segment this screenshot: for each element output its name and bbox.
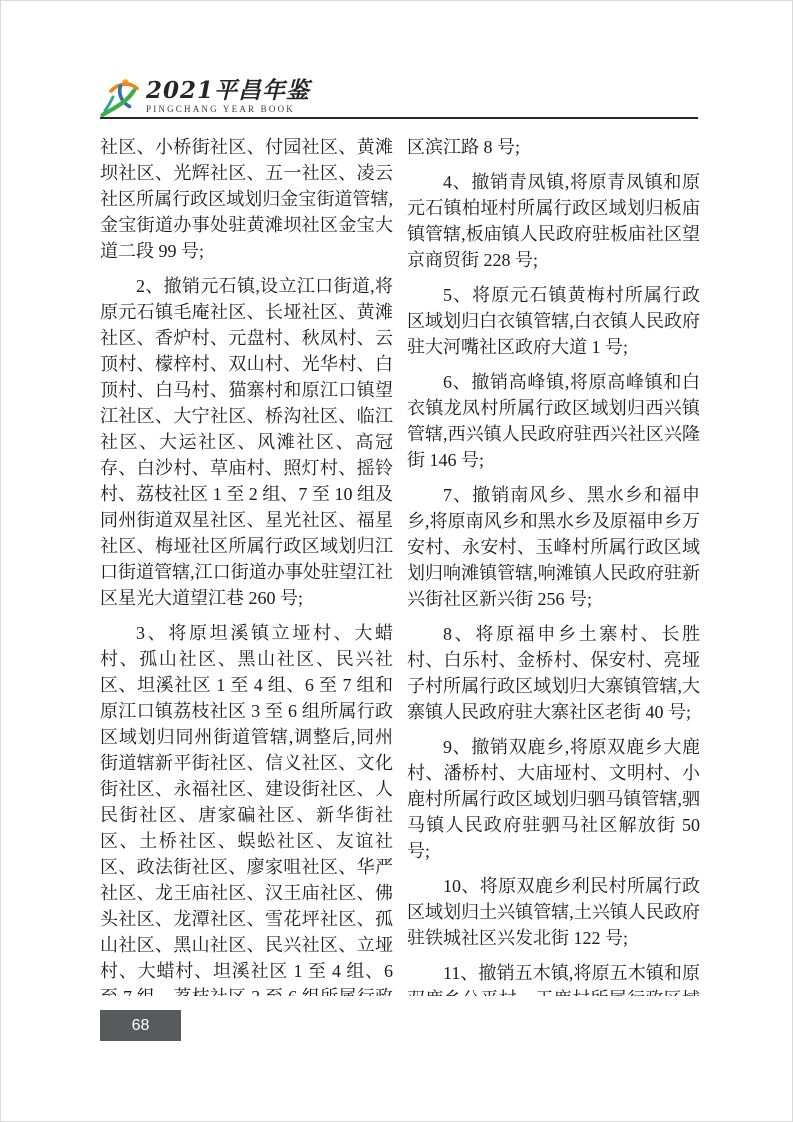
paragraph: 3、将原坦溪镇立垭村、大蜡村、孤山社区、黑山社区、民兴社区、坦溪社区 1 至 4… bbox=[100, 620, 393, 996]
paragraph: 社区、小桥街社区、付园社区、黄滩坝社区、光辉社区、五一社区、凌云社区所属行政区域… bbox=[100, 134, 393, 264]
logo-title: 2021平昌年鉴 bbox=[146, 79, 310, 102]
paragraph: 2、撤销元石镇,设立江口街道,将原元石镇毛庵社区、长垭社区、黄滩社区、香炉村、元… bbox=[100, 273, 393, 611]
paragraph: 7、撤销南风乡、黑水乡和福申乡,将原南风乡和黑水乡及原福申乡万安村、永安村、玉峰… bbox=[407, 482, 700, 612]
page-header: 2021平昌年鉴 PINGCHANG YEAR BOOK bbox=[100, 79, 700, 119]
yearbook-page: 2021平昌年鉴 PINGCHANG YEAR BOOK 社区、小桥街社区、付园… bbox=[0, 0, 793, 1122]
paragraph: 11、撤销五木镇,将原五木镇和原双鹿乡公平村、玉鹿村所属行政区域划归得 bbox=[407, 960, 700, 996]
page-number: 68 bbox=[132, 1017, 150, 1035]
paragraph: 4、撤销青凤镇,将原青凤镇和原元石镇柏垭村所属行政区域划归板庙镇管辖,板庙镇人民… bbox=[407, 169, 700, 273]
logo-text: 2021平昌年鉴 PINGCHANG YEAR BOOK bbox=[146, 79, 310, 114]
paragraph: 5、将原元石镇黄梅村所属行政区域划归白衣镇管辖,白衣镇人民政府驻大河嘴社区政府大… bbox=[407, 282, 700, 360]
paragraph: 区滨江路 8 号; bbox=[407, 134, 700, 160]
text-column-left: 社区、小桥街社区、付园社区、黄滩坝社区、光辉社区、五一社区、凌云社区所属行政区域… bbox=[100, 134, 393, 996]
paragraph: 9、撤销双鹿乡,将原双鹿乡大鹿村、潘桥村、大庙垭村、文明村、小鹿村所属行政区域划… bbox=[407, 734, 700, 864]
document-body: 社区、小桥街社区、付园社区、黄滩坝社区、光辉社区、五一社区、凌云社区所属行政区域… bbox=[100, 134, 700, 996]
text-column-right: 区滨江路 8 号;4、撤销青凤镇,将原青凤镇和原元石镇柏垭村所属行政区域划归板庙… bbox=[407, 134, 700, 996]
page-number-box: 68 bbox=[100, 1010, 181, 1041]
paragraph: 6、撤销高峰镇,将原高峰镇和白衣镇龙凤村所属行政区域划归西兴镇管辖,西兴镇人民政… bbox=[407, 369, 700, 473]
logo-subtitle: PINGCHANG YEAR BOOK bbox=[146, 105, 310, 114]
yearbook-logo-icon bbox=[100, 77, 140, 117]
header-divider bbox=[100, 117, 698, 119]
paragraph: 8、将原福申乡土寨村、长胜村、白乐村、金桥村、保安村、亮垭子村所属行政区域划归大… bbox=[407, 621, 700, 725]
paragraph: 10、将原双鹿乡利民村所属行政区域划归土兴镇管辖,土兴镇人民政府驻铁城社区兴发北… bbox=[407, 873, 700, 951]
